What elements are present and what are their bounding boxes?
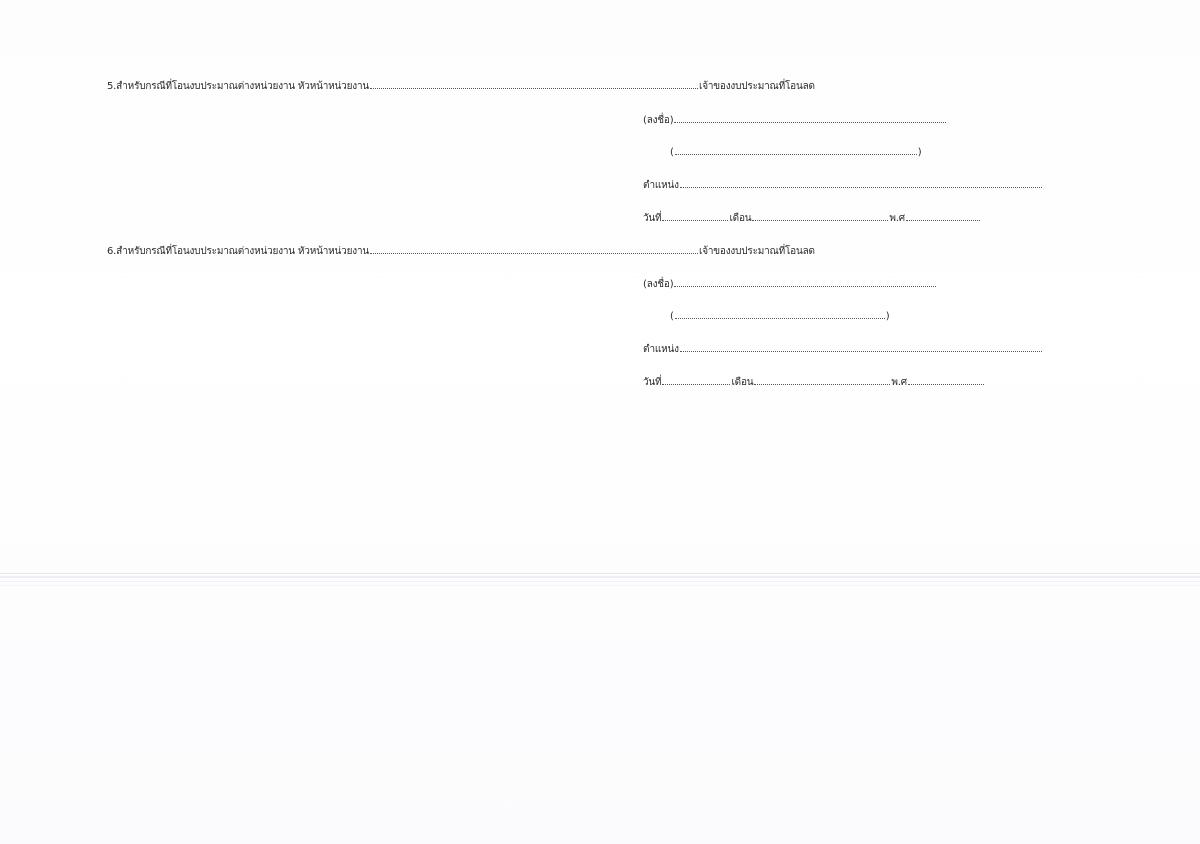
date-day-label: วันที่ [643, 377, 661, 388]
section-heading-text: สำหรับกรณีที่โอนงบประมาณต่างหน่วยงาน หัว… [116, 81, 369, 92]
section-number: 6. [107, 246, 116, 257]
name-close-paren: ) [886, 311, 890, 322]
section-5-heading: 5.สำหรับกรณีที่โอนงบประมาณต่างหน่วยงาน ห… [107, 79, 815, 94]
page-fold-line [0, 585, 1200, 586]
position-label: ตำแหน่ง [643, 180, 679, 191]
signature-field[interactable] [674, 113, 946, 123]
date-year-field[interactable] [908, 375, 984, 385]
date-month-field[interactable] [752, 211, 888, 221]
signature-label: (ลงชื่อ) [643, 279, 673, 290]
name-close-paren: ) [918, 147, 922, 158]
date-year-label: พ.ศ [889, 213, 905, 224]
section-6-position-line: ตำแหน่ง [643, 342, 1043, 357]
date-day-label: วันที่ [643, 213, 661, 224]
section-5-signature-line: (ลงชื่อ) [643, 113, 947, 128]
section-heading-suffix: เจ้าของงบประมาณที่โอนลด [699, 246, 815, 257]
page-fold-line [0, 576, 1200, 578]
date-month-label: เดือน [731, 377, 753, 388]
date-day-field[interactable] [662, 375, 730, 385]
department-head-field[interactable] [370, 244, 698, 254]
signature-label: (ลงชื่อ) [643, 115, 673, 126]
section-5-position-line: ตำแหน่ง [643, 178, 1043, 193]
section-5-name-line: () [670, 145, 921, 160]
signature-field[interactable] [674, 277, 936, 287]
name-open-paren: ( [670, 147, 674, 158]
section-6-heading: 6.สำหรับกรณีที่โอนงบประมาณต่างหน่วยงาน ห… [107, 244, 815, 259]
name-open-paren: ( [670, 311, 674, 322]
section-6-signature-line: (ลงชื่อ) [643, 277, 937, 292]
page-fold-line [0, 573, 1200, 574]
section-heading-text: สำหรับกรณีที่โอนงบประมาณต่างหน่วยงาน หัว… [116, 246, 369, 257]
section-6-name-line: () [670, 309, 889, 324]
section-heading-suffix: เจ้าของงบประมาณที่โอนลด [699, 81, 815, 92]
printed-name-field[interactable] [675, 309, 885, 319]
date-month-field[interactable] [754, 375, 890, 385]
section-number: 5. [107, 81, 116, 92]
date-year-label: พ.ศ [891, 377, 907, 388]
position-field[interactable] [680, 342, 1042, 352]
section-5-date-line: วันที่เดือนพ.ศ [643, 211, 981, 226]
page-fold-line [0, 581, 1200, 582]
date-day-field[interactable] [662, 211, 728, 221]
section-6-date-line: วันที่เดือนพ.ศ [643, 375, 985, 390]
printed-name-field[interactable] [675, 145, 917, 155]
department-head-field[interactable] [370, 79, 698, 89]
position-field[interactable] [680, 178, 1042, 188]
date-year-field[interactable] [906, 211, 980, 221]
position-label: ตำแหน่ง [643, 344, 679, 355]
date-month-label: เดือน [729, 213, 751, 224]
